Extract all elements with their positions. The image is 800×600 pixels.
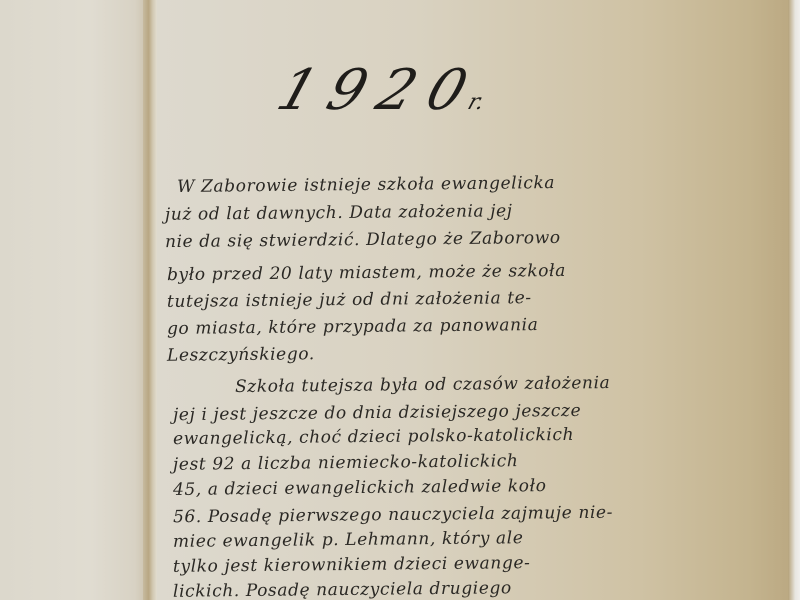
text-line: Szkoła tutejsza była od czasów założenia	[235, 373, 611, 397]
page-edge	[788, 0, 800, 600]
text-line: nie da się stwierdzić. Dlatego że Zaboro…	[165, 228, 561, 252]
text-line: tylko jest kierownikiem dzieci ewange-	[173, 553, 531, 577]
text-line: tutejsza istnieje już od dni założenia t…	[167, 288, 532, 312]
text-line: ewangelicką, choć dzieci polsko-katolick…	[173, 425, 574, 449]
text-line: miec ewangelik p. Lehmann, który ale	[173, 528, 524, 552]
text-line: jest 92 a liczba niemiecko-katolickich	[173, 451, 519, 475]
left-page	[0, 0, 150, 600]
text-line: już od lat dawnych. Data założenia jej	[165, 201, 513, 225]
year-heading-number: 1920	[269, 58, 489, 123]
text-line: W Zaborowie istnieje szkoła ewangelicka	[177, 173, 555, 197]
text-line: było przed 20 laty miastem, może że szko…	[167, 261, 566, 285]
year-heading: 1920r.	[269, 58, 498, 123]
text-line: Leszczyńskiego.	[167, 344, 315, 366]
book-gutter	[143, 0, 157, 600]
text-line: go miasta, które przypada za panowania	[167, 315, 539, 339]
text-line: lickich. Posadę nauczyciela drugiego	[173, 578, 512, 600]
text-line: jej i jest jeszcze do dnia dzisiejszego …	[173, 401, 581, 425]
text-line: 45, a dzieci ewangelickich zaledwie koło	[173, 476, 547, 500]
